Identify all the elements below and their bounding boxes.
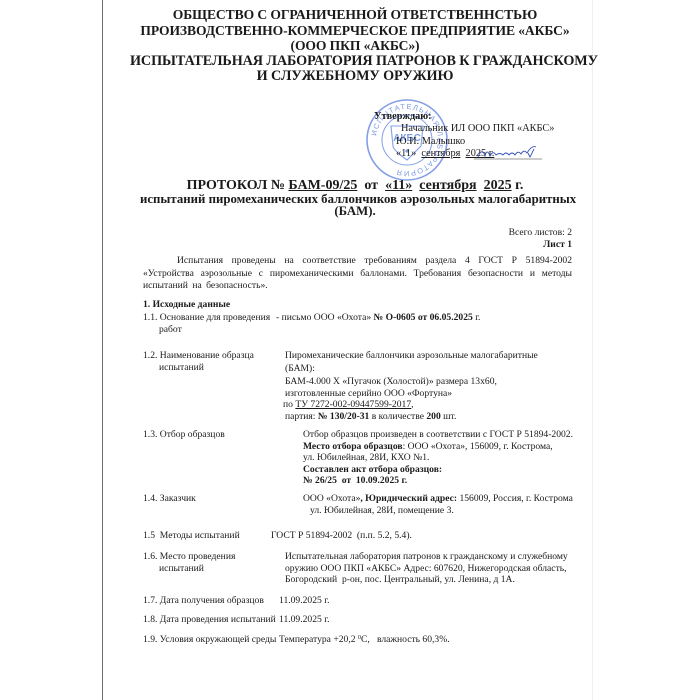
org-name-line2: ПРОИЗВОДСТВЕННО-КОММЕРЧЕСКОЕ ПРЕДПРИЯТИЕ… [130, 23, 580, 39]
item-value: - письмо ООО «Охота» № О-0605 от 06.05.2… [276, 312, 480, 324]
item-value: 11.09.2025 г. [279, 614, 329, 626]
org-short-name: (ООО ПКП «АКБС») [130, 38, 580, 54]
tu-reference: ТУ 7272-002-09447599-2017 [295, 399, 411, 410]
page-right-border [592, 0, 593, 700]
current-sheet: Лист 1 [509, 239, 572, 251]
item-label: 1.7. Дата получения образцов [143, 595, 273, 607]
item-label: 1.6. Место проведения испытаний [143, 551, 273, 574]
approval-month: сентября [421, 148, 460, 159]
item-label: 1.5 Методы испытаний [143, 530, 273, 542]
item-value: ГОСТ Р 51894-2002 (п.п. 5.2, 5.4). [271, 530, 412, 542]
item-label: 1.4. Заказчик [143, 493, 273, 505]
signature-icon [474, 143, 544, 163]
sheet-counter: Всего листов: 2 Лист 1 [509, 227, 572, 251]
protocol-title-block: ПРОТОКОЛ № БАМ-09/25 от «11» сентября 20… [140, 180, 570, 218]
page-left-border [102, 0, 103, 700]
protocol-year: 2025 [484, 178, 512, 193]
item-label: 1.8. Дата проведения испытаний [143, 614, 273, 626]
protocol-title: ПРОТОКОЛ № БАМ-09/25 от «11» сентября 20… [140, 180, 570, 193]
protocol-month: сентября [419, 178, 476, 193]
protocol-day: «11» [385, 178, 412, 193]
intro-paragraph: Испытания проведены на соответствие треб… [143, 255, 572, 293]
item-value: 11.09.2025 г. [279, 595, 329, 607]
item-value: Отбор образцов произведен в соответствии… [303, 429, 573, 487]
document-header: ОБЩЕСТВО С ОГРАНИЧЕННОЙ ОТВЕТСТВЕННСТЬЮ … [130, 7, 580, 85]
item-label: 1.2. Наименование образца испытаний [143, 350, 273, 373]
approval-day: «11» [396, 148, 416, 159]
protocol-number: БАМ-09/25 [288, 178, 357, 193]
total-sheets: Всего листов: 2 [509, 227, 572, 239]
section-title: 1. Исходные данные [143, 299, 230, 310]
item-label: 1.1. Основание для проведения работ [143, 312, 273, 335]
item-label: 1.3. Отбор образцов [143, 429, 273, 441]
item-value: ООО «Охота», Юридический адрес: 156009, … [303, 493, 573, 516]
protocol-subtitle-line2: (БАМ). [140, 205, 570, 218]
item-label: 1.9. Условия окружающей среды [143, 634, 273, 646]
org-name-line1: ОБЩЕСТВО С ОГРАНИЧЕННОЙ ОТВЕТСТВЕННСТЬЮ [130, 7, 580, 23]
approver-position: Начальник ИЛ ООО ПКП «АКБС» [374, 123, 554, 135]
lab-name-line2: И СЛУЖЕБНОМУ ОРУЖИЮ [130, 69, 580, 85]
approval-heading: Утверждаю: [374, 111, 554, 123]
item-value: Испытательная лаборатория патронов к гра… [285, 551, 568, 586]
item-value: Пиромеханические баллончики аэрозольные … [285, 350, 538, 423]
item-value: Температура +20,2 0С, влажность 60,3%. [279, 634, 450, 646]
lab-name-line1: ИСПЫТАТЕЛЬНАЯ ЛАБОРАТОРИЯ ПАТРОНОВ К ГРА… [130, 54, 580, 70]
